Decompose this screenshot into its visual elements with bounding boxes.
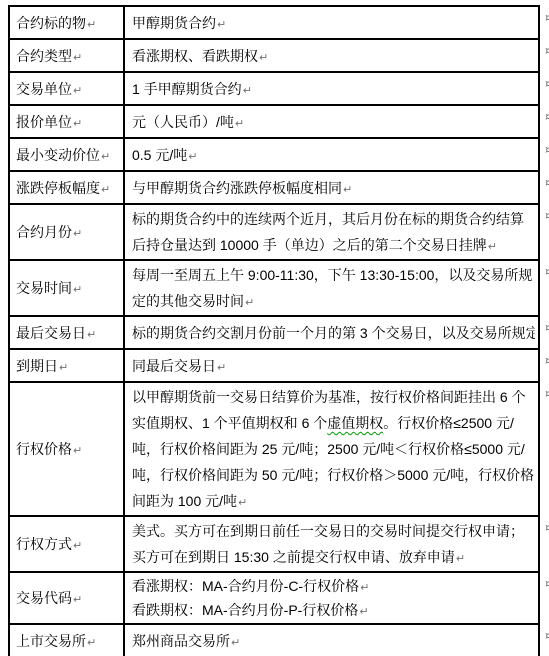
call-option-code-line: 看涨期权：MA-合约月份-C-行权价格↵ [132, 574, 535, 598]
row-label: 交易单位↵ [9, 72, 124, 105]
paragraph-mark-icon: ↵ [243, 84, 252, 97]
value-text: 标的期货合约中的连续两个近月，其后月份在标的期货合约结算后持仓量达到 10000… [132, 211, 524, 253]
paragraph-mark-icon: ↵ [245, 296, 254, 309]
value-text: 元（人民币）/吨 [132, 114, 234, 130]
row-trading-code: 交易代码↵ 看涨期权：MA-合约月份-C-行权价格↵ 看跌期权：MA-合约月份-… [9, 572, 539, 624]
label-text: 上市交易所 [16, 633, 86, 649]
row-end-mark-icon: ¤ [545, 144, 549, 155]
label-text: 交易代码 [16, 590, 72, 606]
label-text: 交易时间 [16, 280, 72, 296]
row-exercise-style: 行权方式↵ 美式。买方可在到期日前任一交易日的交易时间提交行权申请；买方可在到期… [9, 516, 539, 572]
row-label: 交易时间↵ [9, 260, 124, 316]
paragraph-mark-icon: ↵ [73, 51, 82, 64]
row-end-mark-icon: ¤ [545, 630, 549, 641]
contract-spec-document: 合约标的物↵ 甲醇期货合约↵¤ 合约类型↵ 看涨期权、看跌期权↵¤ 交易单位↵ … [8, 5, 540, 656]
row-label: 报价单位↵ [9, 105, 124, 138]
row-end-mark-icon: ¤ [545, 322, 549, 333]
paragraph-mark-icon: ↵ [188, 150, 197, 163]
label-text: 到期日 [16, 358, 58, 374]
paragraph-mark-icon: ↵ [73, 593, 82, 606]
label-text: 合约标的物 [16, 15, 86, 31]
row-last-trading-day: 最后交易日↵ 标的期货合约交割月份前一个月的第 3 个交易日，以及交易所规定的其… [9, 316, 539, 349]
row-label: 最后交易日↵ [9, 316, 124, 349]
row-value: 0.5 元/吨↵¤ [124, 138, 539, 171]
row-label: 行权价格↵ [9, 382, 124, 516]
row-value: 看涨期权、看跌期权↵¤ [124, 39, 539, 72]
row-label: 到期日↵ [9, 349, 124, 382]
label-text: 最后交易日 [16, 325, 86, 341]
paragraph-mark-icon: ↵ [231, 636, 240, 649]
value-text: 看涨期权：MA-合约月份-C-行权价格 [132, 578, 359, 594]
row-value: 标的期货合约中的连续两个近月，其后月份在标的期货合约结算后持仓量达到 10000… [124, 204, 539, 260]
row-price-limit: 涨跌停板幅度↵ 与甲醇期货合约涨跌停板幅度相同↵¤ [9, 171, 539, 204]
row-value: 以甲醇期货前一交易日结算价为基准，按行权价格间距挂出 6 个实值期权、1 个平值… [124, 382, 539, 516]
paragraph-mark-icon: ↵ [101, 150, 110, 163]
label-text: 涨跌停板幅度 [16, 180, 100, 196]
paragraph-mark-icon: ↵ [87, 328, 96, 341]
row-end-mark-icon: ¤ [545, 522, 549, 533]
value-text: 看涨期权、看跌期权 [132, 48, 258, 64]
row-contract-underlying: 合约标的物↵ 甲醇期货合约↵¤ [9, 6, 539, 39]
value-text: 标的期货合约交割月份前一个月的第 3 个交易日，以及交易所规定的其他日期 [132, 325, 535, 341]
row-value: 标的期货合约交割月份前一个月的第 3 个交易日，以及交易所规定的其他日期↵¤ [124, 316, 539, 349]
row-tick-size: 最小变动价位↵ 0.5 元/吨↵¤ [9, 138, 539, 171]
paragraph-mark-icon: ↵ [73, 117, 82, 130]
paragraph-mark-icon: ↵ [259, 51, 268, 64]
row-value: 每周一至周五上午 9:00-11:30，下午 13:30-15:00，以及交易所… [124, 260, 539, 316]
row-exchange: 上市交易所↵ 郑州商品交易所↵¤ [9, 624, 539, 656]
value-text: 郑州商品交易所 [132, 633, 230, 649]
paragraph-mark-icon: ↵ [360, 581, 369, 594]
row-label: 行权方式↵ [9, 516, 124, 572]
row-end-mark-icon: ¤ [545, 78, 549, 89]
row-value: 看涨期权：MA-合约月份-C-行权价格↵ 看跌期权：MA-合约月份-P-行权价格… [124, 572, 539, 624]
label-text: 行权价格 [16, 441, 72, 457]
row-end-mark-icon: ¤ [545, 177, 549, 188]
value-text: 0.5 元/吨 [132, 147, 187, 163]
value-text: 美式。买方可在到期日前任一交易日的交易时间提交行权申请；买方可在到期日 15:3… [132, 523, 524, 565]
row-strike-price: 行权价格↵ 以甲醇期货前一交易日结算价为基准，按行权价格间距挂出 6 个实值期权… [9, 382, 539, 516]
paragraph-mark-icon: ↵ [73, 539, 82, 552]
paragraph-mark-icon: ↵ [73, 444, 82, 457]
paragraph-mark-icon: ↵ [235, 117, 244, 130]
value-text: 与甲醇期货合约涨跌停板幅度相同 [132, 180, 342, 196]
paragraph-mark-icon: ↵ [101, 183, 110, 196]
paragraph-mark-icon: ↵ [488, 240, 497, 253]
row-quote-unit: 报价单位↵ 元（人民币）/吨↵¤ [9, 105, 539, 138]
row-trading-hours: 交易时间↵ 每周一至周五上午 9:00-11:30，下午 13:30-15:00… [9, 260, 539, 316]
row-end-mark-icon: ¤ [545, 45, 549, 56]
label-text: 报价单位 [16, 114, 72, 130]
paragraph-mark-icon: ↵ [217, 361, 226, 374]
value-text: 每周一至周五上午 9:00-11:30，下午 13:30-15:00，以及交易所… [132, 267, 532, 309]
value-text: 看跌期权：MA-合约月份-P-行权价格 [132, 602, 358, 618]
row-value: 1 手甲醇期货合约↵¤ [124, 72, 539, 105]
row-value: 元（人民币）/吨↵¤ [124, 105, 539, 138]
row-label: 交易代码↵ [9, 572, 124, 624]
value-text: 甲醇期货合约 [132, 15, 216, 31]
paragraph-mark-icon: ↵ [73, 84, 82, 97]
row-label: 合约类型↵ [9, 39, 124, 72]
paragraph-mark-icon: ↵ [87, 18, 96, 31]
row-value: 郑州商品交易所↵¤ [124, 624, 539, 656]
document-page: { "marks": { "paragraph_mark": "↵", "row… [0, 0, 549, 656]
row-end-mark-icon: ¤ [545, 210, 549, 221]
row-contract-months: 合约月份↵ 标的期货合约中的连续两个近月，其后月份在标的期货合约结算后持仓量达到… [9, 204, 539, 260]
row-label: 最小变动价位↵ [9, 138, 124, 171]
paragraph-mark-icon: ↵ [73, 283, 82, 296]
value-text: 同最后交易日 [132, 358, 216, 374]
paragraph-mark-icon: ↵ [217, 18, 226, 31]
value-text: 1 手甲醇期货合约 [132, 81, 242, 97]
row-end-mark-icon: ¤ [545, 266, 549, 277]
row-label: 涨跌停板幅度↵ [9, 171, 124, 204]
label-text: 交易单位 [16, 81, 72, 97]
row-value: 美式。买方可在到期日前任一交易日的交易时间提交行权申请；买方可在到期日 15:3… [124, 516, 539, 572]
contract-spec-table: 合约标的物↵ 甲醇期货合约↵¤ 合约类型↵ 看涨期权、看跌期权↵¤ 交易单位↵ … [8, 5, 540, 656]
label-text: 合约类型 [16, 48, 72, 64]
paragraph-mark-icon: ↵ [343, 183, 352, 196]
put-option-code-line: 看跌期权：MA-合约月份-P-行权价格↵ [132, 598, 535, 622]
row-trading-unit: 交易单位↵ 1 手甲醇期货合约↵¤ [9, 72, 539, 105]
row-label: 上市交易所↵ [9, 624, 124, 656]
row-end-mark-icon: ¤ [545, 578, 549, 589]
row-value: 同最后交易日↵¤ [124, 349, 539, 382]
label-text: 最小变动价位 [16, 147, 100, 163]
label-text: 行权方式 [16, 536, 72, 552]
row-expiry-date: 到期日↵ 同最后交易日↵¤ [9, 349, 539, 382]
row-end-mark-icon: ¤ [545, 111, 549, 122]
row-value: 与甲醇期货合约涨跌停板幅度相同↵¤ [124, 171, 539, 204]
row-end-mark-icon: ¤ [545, 388, 549, 399]
paragraph-mark-icon: ↵ [59, 361, 68, 374]
row-end-mark-icon: ¤ [545, 355, 549, 366]
label-text: 合约月份 [16, 224, 72, 240]
row-label: 合约月份↵ [9, 204, 124, 260]
spellcheck-underlined-text: 虚值期权 [327, 415, 383, 431]
paragraph-mark-icon: ↵ [359, 605, 368, 618]
paragraph-mark-icon: ↵ [238, 496, 247, 509]
paragraph-mark-icon: ↵ [456, 552, 465, 565]
row-label: 合约标的物↵ [9, 6, 124, 39]
row-contract-type: 合约类型↵ 看涨期权、看跌期权↵¤ [9, 39, 539, 72]
paragraph-mark-icon: ↵ [73, 227, 82, 240]
paragraph-mark-icon: ↵ [87, 636, 96, 649]
row-value: 甲醇期货合约↵¤ [124, 6, 539, 39]
row-end-mark-icon: ¤ [545, 12, 549, 23]
